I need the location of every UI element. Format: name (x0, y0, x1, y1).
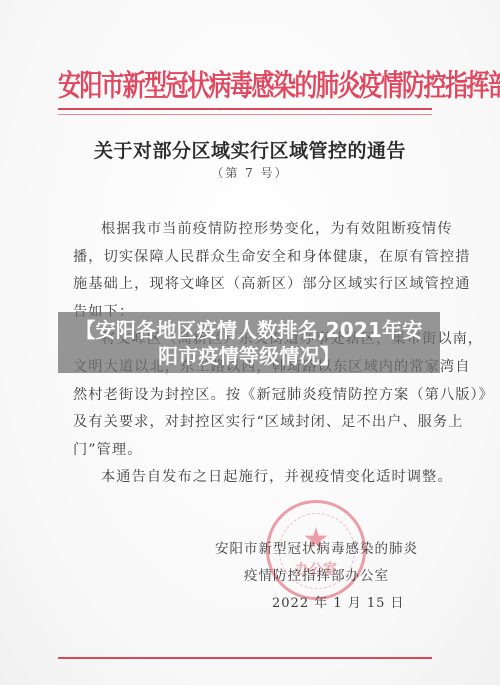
notice-title: 关于对部分区域实行区域管控的通告 (0, 136, 500, 163)
document-page: 安阳市新型冠状病毒感染的肺炎疫情防控指挥部办公室 关于对部分区域实行区域管控的通… (0, 0, 500, 685)
body-line: 然村老街设为封控区。按《新冠肺炎疫情防控方案（第八版）》 (73, 382, 435, 410)
signature-date: 2022 年 1 月 15 日 (180, 590, 480, 617)
signature-org-line-1: 安阳市新型冠状病毒感染的肺炎 (180, 536, 480, 563)
notice-number: （第 7 号） (0, 164, 500, 181)
article-title-overlay: 【安阳各地区疫情人数排名,2021年安 阳市疫情等级情况】 (58, 312, 440, 373)
overlay-title-line-1: 【安阳各地区疫情人数排名,2021年安 (75, 317, 422, 343)
signature-org-line-2: 疫情防控指挥部办公室 (180, 563, 480, 590)
header-red-rule-thin (58, 114, 432, 115)
body-line: 本通告自发布之日起施行，并视疫情变化适时调整。 (73, 464, 435, 492)
body-line: 播，切实保障人民群众生命安全和身体健康，在原有管控措 (73, 244, 435, 272)
footer-red-rule (58, 657, 432, 659)
issuing-office-header: 安阳市新型冠状病毒感染的肺炎疫情防控指挥部办公室 (58, 62, 442, 104)
header-red-rule-thick (58, 108, 432, 110)
body-line: 及有关要求，对封控区实行“区域封闭、足不出户、服务上 (73, 409, 435, 437)
overlay-title-line-2: 阳市疫情等级情况】 (158, 343, 340, 369)
body-line: 根据我市当前疫情防控形势变化，为有效阻断疫情传 (73, 216, 435, 244)
body-line: 门”管理。 (73, 437, 435, 465)
signature-block: 安阳市新型冠状病毒感染的肺炎 疫情防控指挥部办公室 2022 年 1 月 15 … (180, 536, 480, 617)
body-line: 施基础上，现将文峰区（高新区）部分区域实行区域管控通 (73, 271, 435, 299)
